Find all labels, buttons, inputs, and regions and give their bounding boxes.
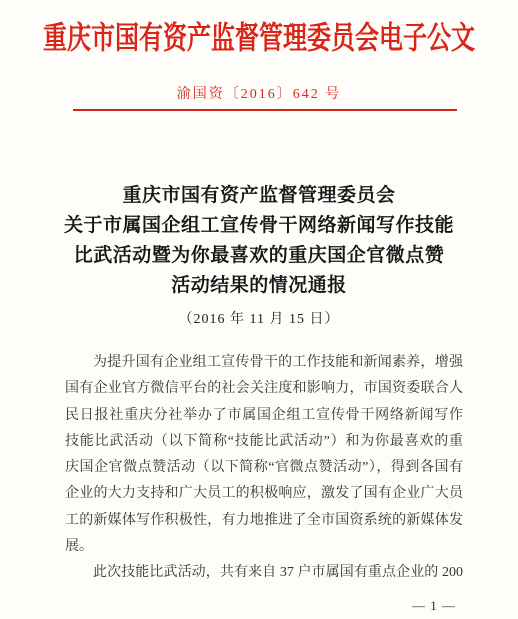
document-body: 为提升国有企业组工宣传骨干的工作技能和新闻素养，增强 国有企业官方微信平台的社会… — [65, 350, 463, 587]
body-line: 民日报社重庆分社举办了市属国企组工宣传骨干网络新闻写作 — [65, 403, 463, 429]
body-line: 工的新媒体写作积极性，有力地推进了全市国资系统的新媒体发 — [65, 508, 463, 534]
body-line: 此次技能比武活动，共有来自 37 户市属国有重点企业的 200 — [65, 560, 463, 586]
header-divider-line — [73, 109, 457, 111]
document-page: 重庆市国有资产监督管理委员会电子公文 渝国资〔2016〕642 号 重庆市国有资… — [0, 0, 518, 619]
body-line: 企业的大力支持和广大员工的积极响应，激发了国有企业广大员 — [65, 481, 463, 507]
body-line: 国有企业官方微信平台的社会关注度和影响力，市国资委联合人 — [65, 376, 463, 402]
body-line: 为提升国有企业组工宣传骨干的工作技能和新闻素养，增强 — [65, 350, 463, 376]
title-line-1: 重庆市国有资产监督管理委员会 — [30, 181, 488, 211]
document-header-banner: 重庆市国有资产监督管理委员会电子公文 — [0, 12, 518, 58]
title-line-4: 活动结果的情况通报 — [30, 271, 488, 301]
document-number: 渝国资〔2016〕642 号 — [0, 83, 518, 103]
body-line: 庆国企官微点赞活动（以下简称“官微点赞活动”），得到各国有 — [65, 455, 463, 481]
body-line: 技能比武活动（以下简称“技能比武活动”）和为你最喜欢的重 — [65, 429, 463, 455]
title-line-3: 比武活动暨为你最喜欢的重庆国企官微点赞 — [30, 241, 488, 271]
document-title: 重庆市国有资产监督管理委员会 关于市属国企组工宣传骨干网络新闻写作技能 比武活动… — [30, 181, 488, 328]
body-line: 展。 — [65, 534, 463, 560]
title-line-2: 关于市属国企组工宣传骨干网络新闻写作技能 — [30, 211, 488, 241]
page-number: — 1 — — [412, 598, 456, 614]
document-date: （2016 年 11 月 15 日） — [30, 308, 488, 328]
